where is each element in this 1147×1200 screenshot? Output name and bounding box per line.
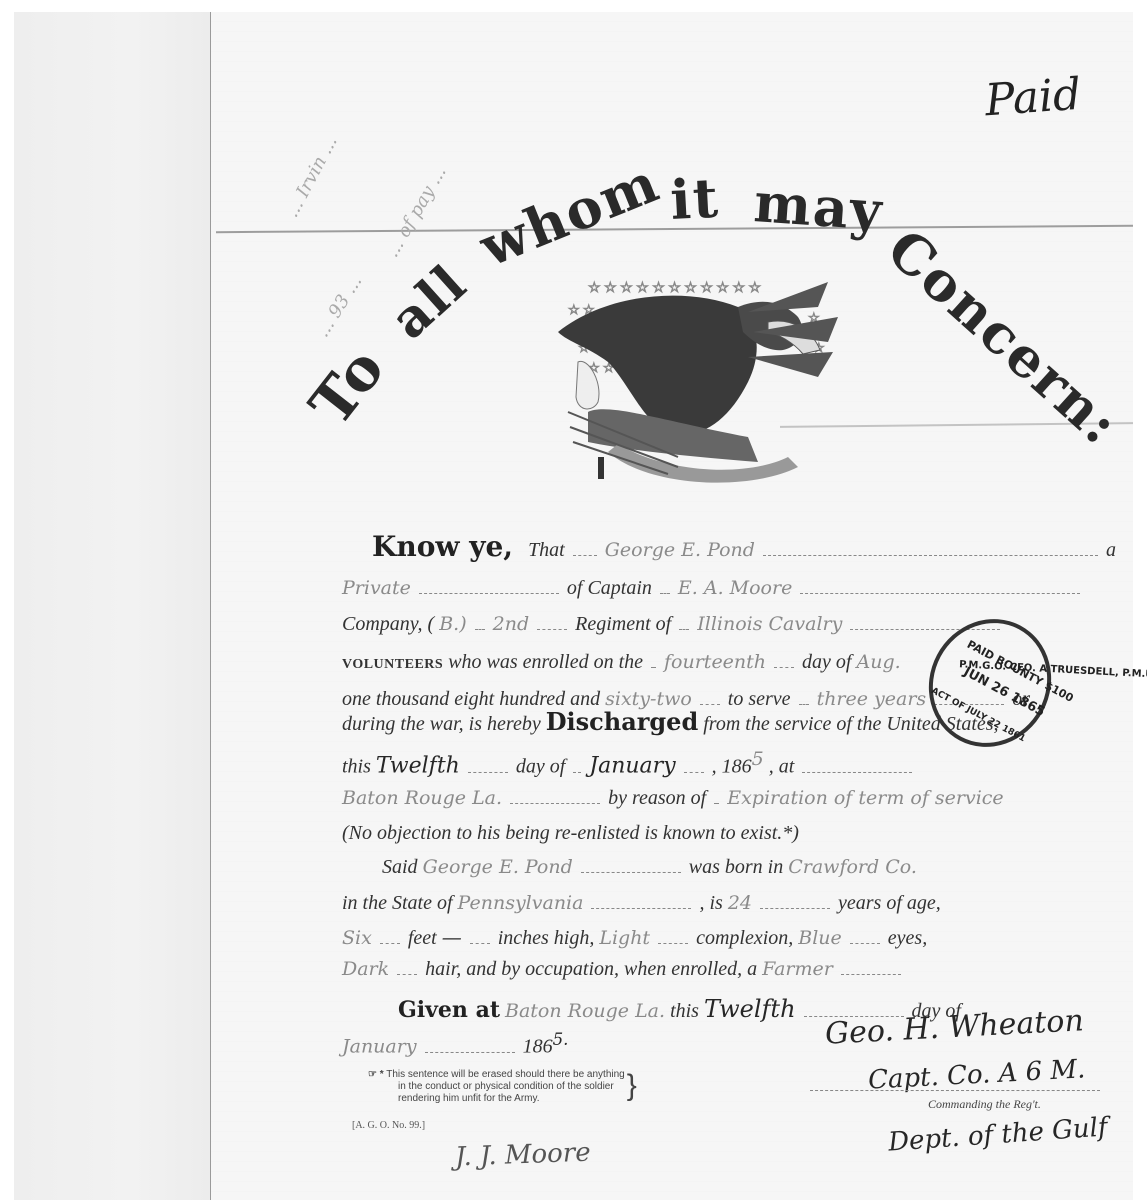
that-label: That [528,539,565,561]
scan-left-margin [14,12,211,1200]
line-given-date: January 1865. [342,1030,568,1059]
fill-line [763,554,1098,556]
given-month-field: January [342,1036,417,1058]
line-hair: Dark hair, and by occupation, when enrol… [342,958,904,981]
company-label: Company, ( [342,613,434,635]
eyes-label: eyes, [888,927,927,949]
discharge-place-field: Baton Rouge La. [342,787,502,809]
moore-signature: J. J. Moore [455,1138,592,1173]
fill-line [802,771,912,773]
brace-icon: } [627,1069,637,1103]
years-label: years of age, [838,892,941,914]
scan-right-margin [1133,12,1147,1200]
enrolled-month-field: Aug. [856,651,900,673]
fill-line [714,802,719,804]
rank-field: Private [342,577,411,599]
is-label: , is [699,892,722,914]
of-captain-label: of Captain [567,577,652,599]
fill-line [468,771,508,773]
discharge-day-field: Twelfth [376,754,460,779]
fill-line [658,942,688,944]
this-label: this [342,756,371,778]
paid-annotation: Paid [983,69,1082,127]
fill-line [799,703,809,705]
fill-line [380,942,400,944]
a-label: a [1106,539,1116,561]
commanding-label: Commanding the Reg't. [928,1097,1041,1112]
captain-name-field: E. A. Moore [678,577,792,599]
day-of-label: day of [802,651,851,673]
at-label: , at [769,756,795,778]
given-year-suffix-field: 5. [553,1030,569,1049]
fill-line [760,907,830,909]
fill-line [684,771,704,773]
regiment-number-field: 2nd [493,613,530,635]
line-height: Six feet — inches high, Light complexion… [342,925,927,950]
no-objection-label: (No objection to his being re-enlisted i… [342,822,799,844]
footnote-line: This sentence will be erased should ther… [386,1069,624,1080]
fill-line [475,628,485,630]
line-company: Company, ( B.) 2nd Regiment of Illinois … [342,613,1003,636]
fill-line [800,592,1080,594]
year-label: , 186 [712,756,752,778]
said-label: Said [382,856,418,878]
fill-line [700,703,720,705]
eagle-engraving: ☆ ☆ ☆ ☆ ☆ ☆ ☆ ☆ ☆ ☆ ☆ ☆ ☆ ☆ ☆ ☆ ☆ ☆ ☆ ☆ [548,262,858,502]
fill-line [841,973,901,975]
svg-text:☆ ☆ ☆ ☆ ☆ ☆ ☆ ☆ ☆ ☆ ☆: ☆ ☆ ☆ ☆ ☆ ☆ ☆ ☆ ☆ ☆ ☆ [588,281,761,296]
occupation-field: Farmer [762,958,833,980]
fill-line [397,973,417,975]
feet-label: feet [408,927,437,949]
soldier-name-field: George E. Pond [605,539,755,561]
line-discharged: during the war, is hereby Discharged fro… [342,707,999,736]
fill-line [470,942,490,944]
fill-line [425,1051,515,1053]
fill-line [591,907,691,909]
fill-line [537,628,567,630]
line-said: Said George E. Pond was born in Crawford… [382,856,917,879]
given-year-label: 186 [523,1036,553,1058]
height-feet-field: Six [342,927,372,949]
line-know-ye: Know ye, That George E. Pond a [372,530,1116,563]
year-suffix-field: 5 [752,748,764,770]
birth-state-field: Pennsylvania [458,892,584,914]
line-volunteers: VOLUNTEERS who was enrolled on the fourt… [342,651,901,674]
footnote-line: in the conduct or physical condition of … [368,1081,625,1093]
signature-line [810,1090,1100,1091]
company-letter-field: B.) [439,613,466,635]
line-reason: Baton Rouge La. by reason of Expiration … [342,787,1004,810]
said-name-field: George E. Pond [423,856,573,878]
given-day-field: Twelfth [704,995,796,1023]
title-word-may: may [752,170,886,243]
given-heading: Given at [398,997,500,1023]
fill-line [774,666,794,668]
hair-label: hair, and by occupation, when enrolled, … [425,958,757,980]
discharge-day-of-label: day of [516,756,565,778]
volunteers-label: VOLUNTEERS [342,657,443,672]
discharged-heading: Discharged [546,707,699,736]
eagle-icon: ☆ ☆ ☆ ☆ ☆ ☆ ☆ ☆ ☆ ☆ ☆ ☆ ☆ ☆ ☆ ☆ ☆ ☆ ☆ ☆ [548,262,858,502]
complexion-label: complexion, [696,927,793,949]
fill-line [510,802,600,804]
height-inches-field: — [442,925,462,949]
fill-line [850,942,880,944]
regiment-label: Regiment of [575,613,671,635]
fill-line [651,666,656,668]
footnote-line: rendering him unfit for the Army. [368,1093,625,1105]
fill-line [660,592,670,594]
line-rank: Private of Captain E. A. Moore [342,577,1083,600]
birthplace-field: Crawford Co. [788,856,917,878]
form-number: [A. G. O. No. 99.] [352,1120,425,1131]
enrolled-label: who was enrolled on the [448,651,643,673]
pointing-hand-icon: ☞ * [368,1069,384,1080]
state-label: in the State of [342,892,453,914]
reason-label: by reason of [608,787,706,809]
fill-line [573,554,597,556]
fill-line [419,592,559,594]
regiment-state-field: Illinois Cavalry [697,613,842,635]
title-word-it: it [669,165,722,232]
enrolled-day-field: fourteenth [664,651,766,673]
discharge-month-field: January [589,754,675,779]
line-state: in the State of Pennsylvania , is 24 yea… [342,892,941,915]
age-field: 24 [728,892,752,914]
fill-line [679,628,689,630]
given-this-label: this [670,1000,699,1022]
reason-field: Expiration of term of service [727,787,1003,809]
complexion-field: Light [599,927,650,949]
line-no-objection: (No objection to his being re-enlisted i… [342,822,799,845]
footnote: ☞ * This sentence will be erased should … [368,1069,625,1105]
fill-line [573,771,581,773]
hair-field: Dark [342,958,389,980]
eyes-field: Blue [798,927,842,949]
given-place-field: Baton Rouge La. [505,1000,665,1022]
during-war-label: during the war, is hereby [342,713,541,735]
born-label: was born in [689,856,783,878]
know-ye-heading: Know ye, [372,530,513,563]
line-discharge-date: this Twelfth day of January , 1865 , at [342,748,915,779]
fill-line [581,871,681,873]
inches-label: inches high, [498,927,595,949]
